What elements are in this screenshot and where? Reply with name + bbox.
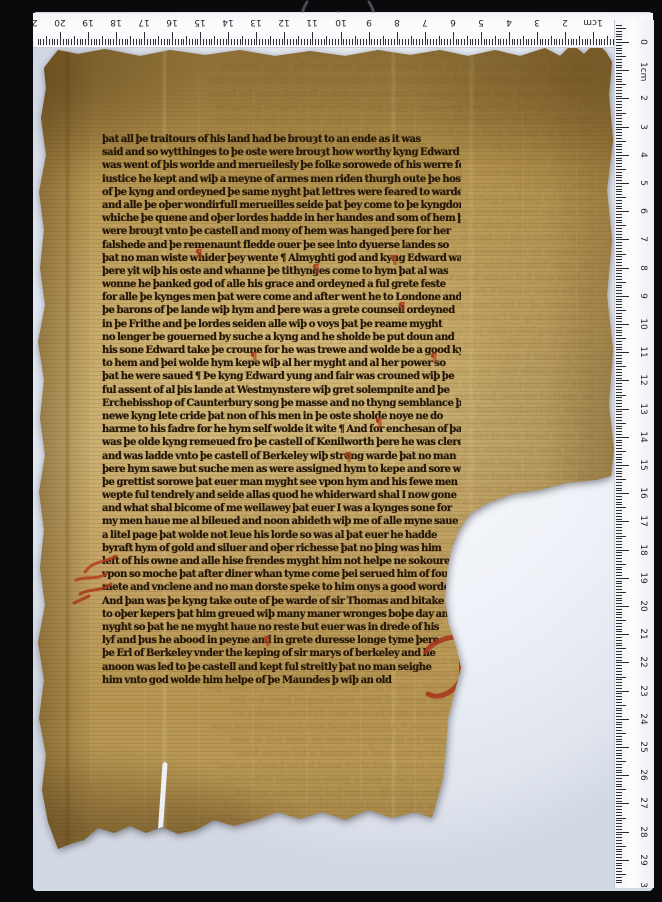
- manuscript-line: þat no man wiste whider þey wente ¶ Almy…: [102, 252, 461, 265]
- ruler-tick: [616, 516, 622, 517]
- ruler-tick: [616, 722, 622, 723]
- ruler-tick: [408, 39, 409, 45]
- ruler-tick: [616, 96, 622, 97]
- ruler-tick: [616, 657, 622, 658]
- ruler-tick: [528, 39, 529, 45]
- ruler-tick: [500, 39, 501, 45]
- ruler-tick: [523, 36, 524, 46]
- ruler-tick: [167, 39, 168, 45]
- ruler-tick: [616, 98, 629, 99]
- ruler-tick: [616, 877, 622, 878]
- ruler-tick: [548, 39, 549, 45]
- manuscript-line: ful assent of al þis lande at Westmynste…: [102, 384, 461, 397]
- ruler-tick: [616, 536, 626, 537]
- ruler-tick: [587, 39, 588, 45]
- right-ruler-label: 24: [632, 711, 648, 727]
- ruler-tick: [616, 488, 622, 489]
- showthrough-line: iustice he kept and wiþ a meyne of armes…: [54, 88, 594, 101]
- ruler-tick: [616, 755, 622, 756]
- ruler-tick: [287, 39, 288, 45]
- ruler-tick: [616, 316, 622, 317]
- ruler-tick: [276, 39, 277, 45]
- manuscript-line: þere hym sawe but suche men as were assi…: [102, 463, 461, 476]
- ruler-tick: [616, 121, 622, 122]
- ruler-tick: [616, 507, 626, 508]
- rubric-paraph: ¶: [263, 634, 271, 648]
- ruler-tick: [616, 631, 622, 632]
- right-ruler-label: 16: [632, 485, 648, 501]
- manuscript-line: þe grettist sorowe þat euer man myght se…: [102, 476, 461, 489]
- ruler-tick: [127, 39, 128, 45]
- ruler-tick: [616, 220, 622, 221]
- ruler-tick: [616, 330, 622, 331]
- ruler-tick: [616, 208, 622, 209]
- ruler-tick: [164, 39, 165, 45]
- ruler-tick: [616, 310, 626, 311]
- ruler-tick: [616, 81, 622, 82]
- ruler-tick: [430, 39, 431, 45]
- ruler-tick: [616, 349, 622, 350]
- ruler-tick: [197, 39, 198, 45]
- right-ruler-label: 29: [632, 852, 648, 868]
- ruler-tick: [405, 39, 406, 45]
- ruler-tick: [616, 849, 622, 850]
- ruler-tick: [616, 206, 622, 207]
- ruler-tick: [616, 454, 622, 455]
- top-ruler-label: 14: [216, 17, 240, 27]
- ruler-tick: [616, 90, 622, 91]
- ruler-tick: [616, 431, 622, 432]
- ruler-tick: [616, 476, 622, 477]
- ruler-tick: [616, 823, 622, 824]
- ruler-tick: [130, 36, 131, 46]
- ruler-tick: [486, 39, 487, 45]
- ruler-tick: [242, 36, 243, 46]
- ruler-tick: [43, 39, 44, 45]
- ruler-tick: [520, 39, 521, 45]
- ruler-tick: [616, 541, 622, 542]
- ruler-tick: [475, 39, 476, 45]
- ruler-tick: [616, 513, 622, 514]
- ruler-tick: [616, 34, 622, 35]
- ruler-tick: [616, 691, 629, 692]
- ruler-tick: [616, 843, 622, 844]
- manuscript-line: iustice he kept and wiþ a meyne of armes…: [102, 173, 461, 186]
- ruler-tick: [616, 747, 629, 748]
- ruler-tick: [616, 798, 622, 799]
- ruler-tick: [616, 282, 626, 283]
- ruler-tick: [616, 561, 622, 562]
- ruler-tick: [616, 203, 622, 204]
- ruler-tick: [464, 39, 465, 45]
- ruler-tick: [616, 812, 622, 813]
- ruler-tick: [512, 39, 513, 45]
- ruler-tick: [383, 36, 384, 46]
- ruler-tick: [413, 39, 414, 45]
- ruler-tick: [616, 50, 622, 51]
- ruler-tick: [616, 637, 622, 638]
- right-ruler-label: 11: [632, 344, 648, 360]
- manuscript-line: byraft hym of gold and siluer and oþer r…: [102, 542, 461, 555]
- ruler-tick: [183, 39, 184, 45]
- ruler-tick: [616, 699, 622, 700]
- ruler-tick: [192, 39, 193, 45]
- ruler-tick: [542, 39, 543, 45]
- top-ruler-label: 3: [525, 17, 549, 27]
- showthrough-line: was went of þis worlde and merueilesly þ…: [54, 74, 594, 87]
- ruler-tick: [616, 880, 622, 881]
- ruler-tick: [226, 39, 227, 45]
- ruler-tick: [616, 789, 626, 790]
- ruler-tick: [616, 552, 622, 553]
- ruler-tick: [540, 39, 541, 45]
- ruler-tick: [458, 39, 459, 45]
- manuscript-line: þe barons of þe lande wiþ hym and þere w…: [102, 304, 461, 317]
- ruler-tick: [509, 32, 510, 45]
- ruler-tick: [616, 603, 622, 604]
- ruler-tick: [329, 39, 330, 45]
- ruler-tick: [585, 39, 586, 45]
- ruler-tick: [141, 39, 142, 45]
- ruler-tick: [616, 42, 629, 43]
- ruler-tick: [223, 39, 224, 45]
- ruler-tick: [616, 744, 622, 745]
- ruler-tick: [616, 372, 622, 373]
- ruler-tick: [601, 39, 602, 45]
- ruler-tick: [268, 39, 269, 45]
- showthrough-line: þere yit wiþ his oste and whanne þe tith…: [54, 734, 594, 747]
- ruler-tick: [616, 840, 622, 841]
- ruler-tick: [616, 784, 622, 785]
- ruler-tick: [616, 146, 622, 147]
- manuscript-line: nyght so þat he ne myght haue no reste b…: [102, 621, 461, 634]
- ruler-tick: [616, 59, 622, 60]
- ruler-tick: [616, 197, 626, 198]
- ruler-tick: [444, 39, 445, 45]
- ruler-tick: [616, 180, 622, 181]
- ruler-tick: [616, 860, 629, 861]
- ruler-tick: [616, 558, 622, 559]
- ruler-tick: [254, 39, 255, 45]
- ruler-tick: [616, 129, 622, 130]
- ruler-tick: [441, 39, 442, 45]
- ruler-tick: [616, 352, 629, 353]
- ruler-tick: [616, 865, 622, 866]
- ruler-tick: [206, 39, 207, 45]
- manuscript-line: vpon so moche þat after diner whan tyme …: [102, 568, 461, 581]
- top-ruler-label: 13: [244, 17, 268, 27]
- manuscript-line: said and so wytthinges to þe oste were b…: [102, 146, 461, 159]
- ruler-tick: [380, 39, 381, 45]
- ruler-tick: [616, 189, 622, 190]
- manuscript-line: newe kyng lete cride þat non of his men …: [102, 410, 461, 423]
- ruler-tick: [616, 287, 622, 288]
- ruler-tick: [616, 273, 622, 274]
- ruler-tick: [312, 32, 313, 45]
- ruler-tick: [616, 392, 622, 393]
- ruler-tick: [616, 217, 622, 218]
- ruler-tick: [616, 569, 622, 570]
- ruler-tick: [616, 837, 622, 838]
- ruler-tick: [290, 39, 291, 45]
- ruler-tick: [450, 39, 451, 45]
- showthrough-line: of þe kyng and ordeyned þe same nyght þa…: [54, 101, 594, 114]
- ruler-tick: [125, 39, 126, 45]
- ruler-tick: [616, 815, 622, 816]
- ruler-tick: [155, 39, 156, 45]
- ruler-tick: [616, 634, 629, 635]
- ruler-tick: [616, 417, 622, 418]
- ruler-tick: [616, 640, 622, 641]
- ruler-tick: [616, 643, 622, 644]
- ruler-tick: [74, 36, 75, 46]
- ruler-tick: [616, 586, 622, 587]
- ruler-tick: [209, 39, 210, 45]
- ruler-tick: [616, 237, 622, 238]
- ruler-tick: [616, 592, 626, 593]
- ruler-tick: [616, 411, 622, 412]
- manuscript-line: wepte ful tendrely and seide allas quod …: [102, 489, 461, 502]
- ruler-tick: [616, 510, 622, 511]
- top-ruler-label: 10: [329, 17, 353, 27]
- ruler-tick: [616, 440, 622, 441]
- manuscript-line: were brouȝt vnto þe castell and mony of …: [102, 225, 461, 238]
- ruler-tick: [616, 795, 622, 796]
- ruler-tick: [616, 254, 626, 255]
- ruler-tick: [616, 471, 622, 472]
- top-ruler-label: 9: [357, 17, 381, 27]
- manuscript-line: a litel page þat wolde not leue his lord…: [102, 529, 461, 542]
- ruler-tick: [616, 53, 622, 54]
- ruler-tick: [489, 39, 490, 45]
- manuscript-line: to hem and þei wolde hym kepe wiþ al her…: [102, 357, 461, 370]
- ruler-tick: [616, 730, 622, 731]
- right-ruler-label: 15: [632, 457, 648, 473]
- ruler-tick: [616, 719, 629, 720]
- ruler-tick: [99, 39, 100, 45]
- ruler-tick: [332, 39, 333, 45]
- ruler-tick: [616, 256, 622, 257]
- ruler-tick: [616, 321, 622, 322]
- manuscript-line: mete and vnclene and no man dorste speke…: [102, 581, 461, 594]
- ruler-tick: [363, 39, 364, 45]
- parchment-leaf: þat all þe traitours of his land had be …: [36, 44, 616, 872]
- ruler-tick: [579, 36, 580, 46]
- ruler-tick: [349, 39, 350, 45]
- ruler-tick: [616, 318, 622, 319]
- ruler-tick: [616, 67, 622, 68]
- ruler-tick: [616, 242, 622, 243]
- manuscript-line: whiche þe quene and oþer lordes hadde in…: [102, 212, 461, 225]
- ruler-tick: [616, 214, 622, 215]
- showthrough-line: falshede and þe remenaunt fledde ouer þe…: [54, 707, 594, 720]
- ruler-tick: [147, 39, 148, 45]
- right-ruler-label: 22: [632, 654, 648, 670]
- showthrough-line: and alle þe oþer wondirfull merueilles s…: [54, 114, 594, 127]
- ruler-tick: [616, 614, 622, 615]
- ruler-tick: [456, 39, 457, 45]
- ruler-tick: [604, 39, 605, 45]
- ruler-tick: [573, 39, 574, 45]
- ruler-tick: [554, 39, 555, 45]
- ruler-tick: [616, 750, 622, 751]
- ruler-tick: [616, 409, 629, 410]
- ruler-tick: [616, 428, 622, 429]
- ruler-tick: [46, 36, 47, 46]
- ruler-tick: [68, 39, 69, 45]
- ruler-tick: [341, 32, 342, 45]
- ruler-tick: [616, 645, 622, 646]
- ruler-tick: [153, 39, 154, 45]
- right-ruler-label: 26: [632, 767, 648, 783]
- ruler-tick: [616, 806, 622, 807]
- ruler-tick: [80, 39, 81, 45]
- ruler-tick: [616, 285, 622, 286]
- ruler-tick: [355, 36, 356, 46]
- ruler-tick: [49, 39, 50, 45]
- ruler-tick: [616, 299, 622, 300]
- ruler-tick: [195, 39, 196, 45]
- ruler-tick: [616, 600, 622, 601]
- ruler-tick: [559, 39, 560, 45]
- top-ruler-label: 1cm: [581, 17, 605, 27]
- right-ruler-label: 2: [632, 90, 648, 106]
- ruler-tick: [616, 778, 622, 779]
- ruler-tick: [616, 519, 622, 520]
- ruler-tick: [616, 442, 622, 443]
- ruler-tick: [310, 39, 311, 45]
- ruler-tick: [616, 175, 622, 176]
- manuscript-page-wrap: þat all þe traitours of his land had be …: [36, 44, 616, 872]
- ruler-tick: [616, 818, 626, 819]
- ruler-tick: [616, 609, 622, 610]
- ruler-tick: [172, 32, 173, 45]
- ruler-tick: [616, 671, 622, 672]
- ruler-tick: [556, 39, 557, 45]
- ruler-tick: [616, 448, 622, 449]
- ruler-tick: [616, 708, 622, 709]
- ruler-tick: [616, 772, 622, 773]
- ruler-tick: [214, 36, 215, 46]
- ruler-tick: [616, 358, 622, 359]
- ruler-tick: [318, 39, 319, 45]
- ruler-tick: [402, 39, 403, 45]
- ruler-tick: [616, 115, 622, 116]
- ruler-tick: [616, 152, 622, 153]
- ruler-tick: [88, 32, 89, 45]
- ruler-tick: [374, 39, 375, 45]
- ruler-tick: [616, 160, 622, 161]
- top-ruler-label: 18: [104, 17, 128, 27]
- ruler-tick: [467, 36, 468, 46]
- ruler-tick: [616, 290, 622, 291]
- ruler-tick: [534, 39, 535, 45]
- right-ruler-label: 9: [632, 288, 648, 304]
- ruler-tick: [616, 445, 622, 446]
- ruler-tick: [217, 39, 218, 45]
- ruler-tick: [616, 550, 629, 551]
- manuscript-line: And þan was þe kyng take oute of þe ward…: [102, 595, 461, 608]
- manuscript-line: wonne he þanked god of alle his grace an…: [102, 278, 461, 291]
- ruler-tick: [610, 39, 611, 45]
- ruler-tick: [616, 375, 622, 376]
- top-ruler-label: 6: [441, 17, 465, 27]
- ruler-tick: [616, 834, 622, 835]
- ruler-tick: [335, 39, 336, 45]
- ruler-tick: [616, 527, 622, 528]
- ruler-tick: [616, 724, 622, 725]
- top-ruler-label: 21: [33, 17, 44, 27]
- ruler-tick: [388, 39, 389, 45]
- right-ruler-label: 12: [632, 372, 648, 388]
- ruler-tick: [616, 871, 622, 872]
- ruler-tick: [366, 39, 367, 45]
- ruler-tick: [616, 713, 622, 714]
- ruler-tick: [616, 868, 622, 869]
- right-ruler-label: 4: [632, 147, 648, 163]
- ruler-tick: [447, 39, 448, 45]
- rubric-paraph: ¶: [250, 350, 258, 364]
- ruler-tick: [616, 355, 622, 356]
- ruler-tick: [245, 39, 246, 45]
- ruler-tick: [616, 874, 626, 875]
- ruler-tick: [113, 39, 114, 45]
- ruler-tick: [371, 39, 372, 45]
- ruler-tick: [616, 138, 622, 139]
- right-ruler-label: 27: [632, 795, 648, 811]
- manuscript-line: þe Erl of Berkeley vnder the keping of s…: [102, 647, 461, 660]
- ruler-tick: [616, 245, 622, 246]
- ruler-tick: [616, 228, 622, 229]
- ruler-tick: [326, 36, 327, 46]
- ruler-tick: [616, 149, 622, 150]
- top-ruler-label: 15: [188, 17, 212, 27]
- ruler-tick: [582, 39, 583, 45]
- manuscript-line: was þe olde kyng remeued fro þe castell …: [102, 436, 461, 449]
- ruler-tick: [237, 39, 238, 45]
- top-ruler-label: 19: [76, 17, 100, 27]
- ruler-tick: [186, 36, 187, 46]
- ruler-tick: [616, 479, 626, 480]
- manuscript-line: þat he were saued ¶ Þe kyng Edward yung …: [102, 370, 461, 383]
- ruler-tick: [616, 338, 626, 339]
- ruler-tick: [616, 504, 622, 505]
- ruler-tick: [616, 163, 622, 164]
- ruler-tick: [169, 39, 170, 45]
- ruler-tick: [203, 39, 204, 45]
- ruler-tick: [616, 451, 626, 452]
- ruler-tick: [616, 87, 622, 88]
- ruler-tick: [616, 65, 622, 66]
- ruler-tick: [616, 665, 622, 666]
- ruler-tick: [616, 567, 622, 568]
- ruler-tick: [470, 39, 471, 45]
- ruler-tick: [616, 301, 622, 302]
- ruler-tick: [175, 39, 176, 45]
- ruler-tick: [526, 39, 527, 45]
- ruler-tick: [616, 595, 622, 596]
- ruler-tick: [77, 39, 78, 45]
- ruler-tick: [369, 32, 370, 45]
- showthrough-line: no lenger be gouerned by suche a kyng an…: [54, 800, 594, 813]
- manuscript-line: in þe Frithe and þe lordes seiden alle w…: [102, 318, 461, 331]
- manuscript-line: þere yit wiþ his oste and whanne þe tith…: [102, 265, 461, 278]
- ruler-tick: [616, 547, 622, 548]
- ruler-tick: [616, 851, 622, 852]
- ruler-tick: [616, 234, 622, 235]
- manuscript-line: and was ladde vnto þe castell of Berkele…: [102, 450, 461, 463]
- ruler-tick: [593, 32, 594, 45]
